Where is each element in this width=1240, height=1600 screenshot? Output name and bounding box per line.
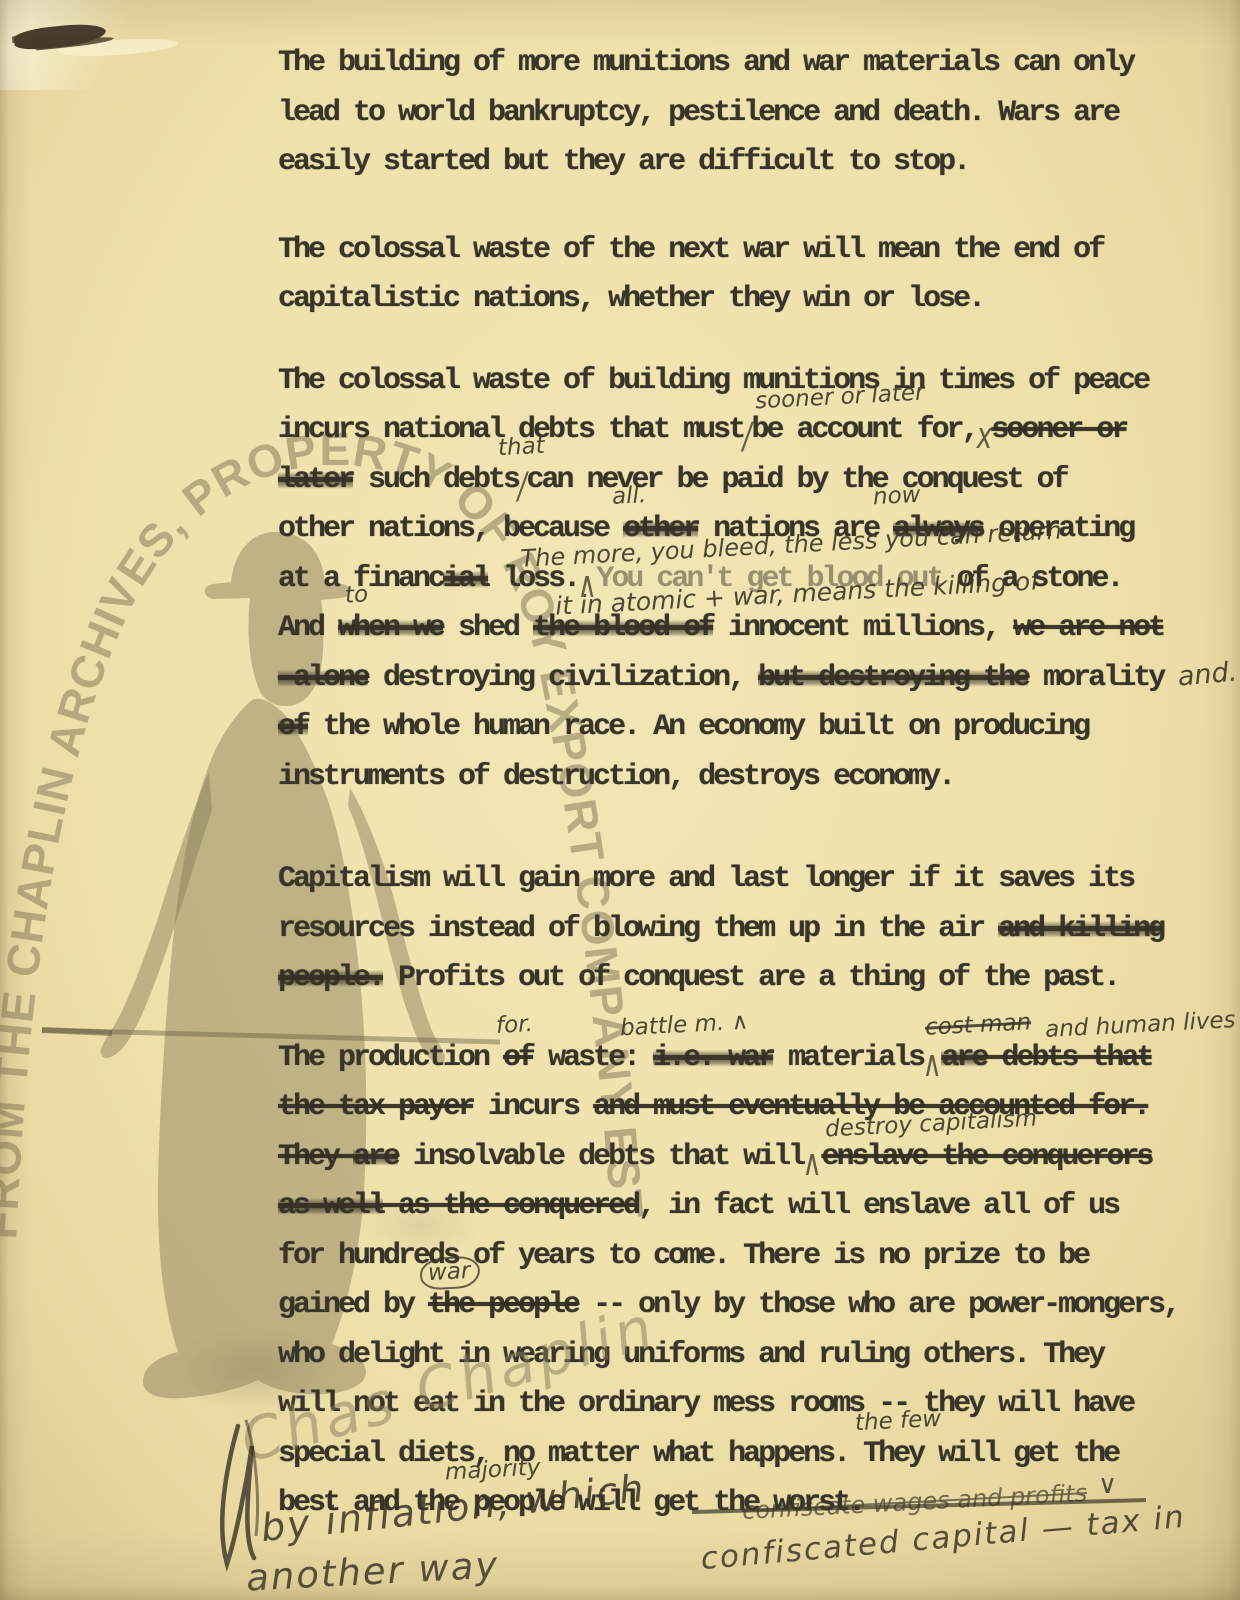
ink-flourish	[0, 0, 1240, 1600]
manuscript-page: FROM THE CHAPLIN ARCHIVES, PROPERTY OF R…	[0, 0, 1240, 1600]
